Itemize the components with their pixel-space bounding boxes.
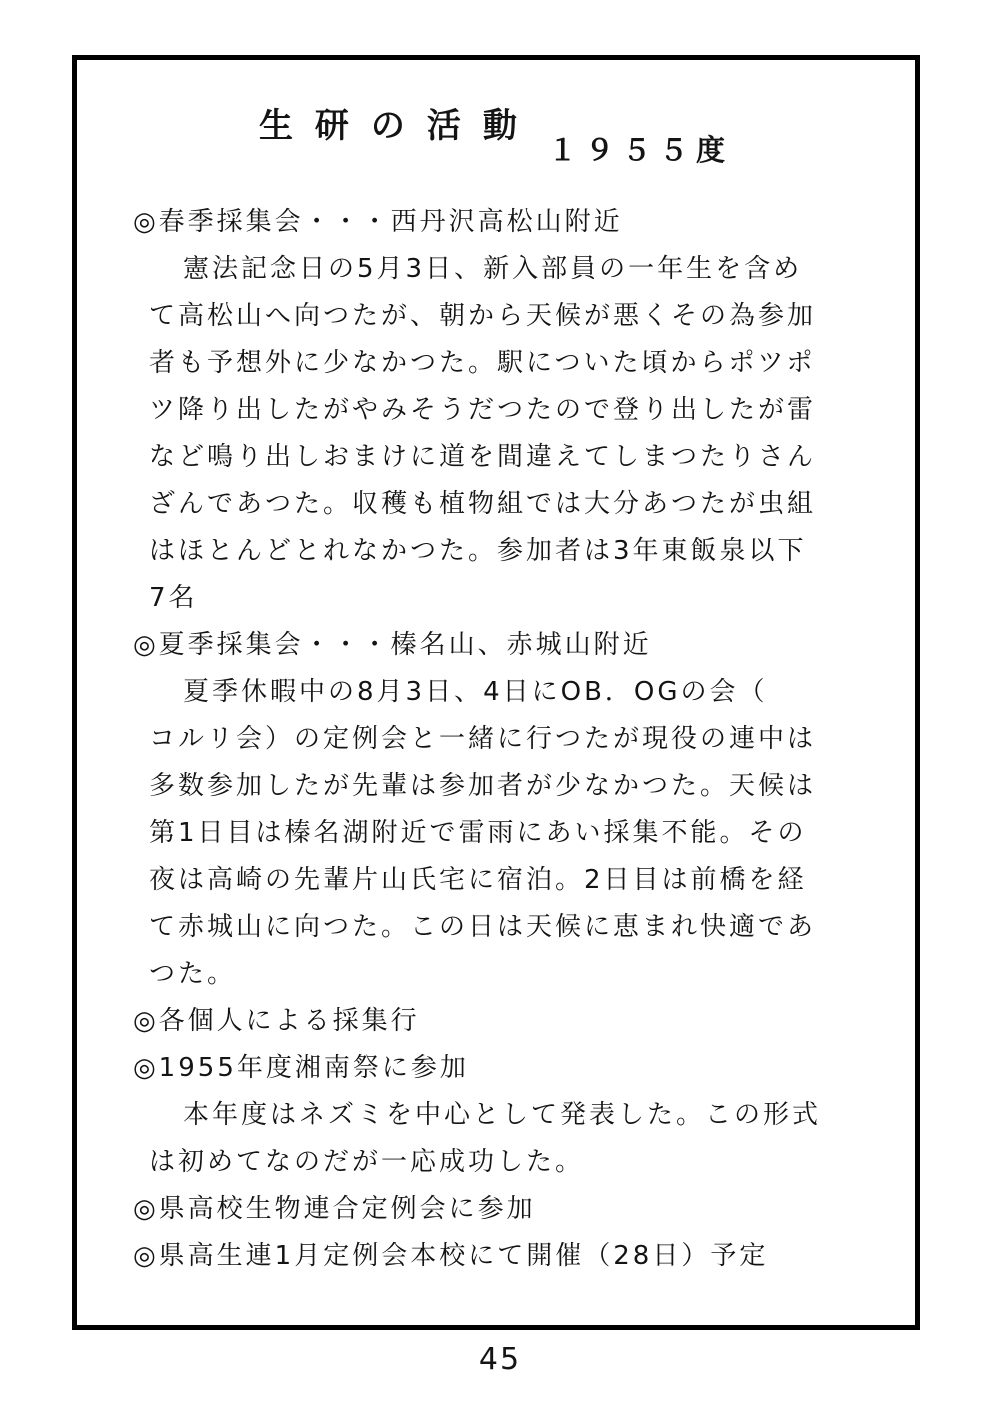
text-line: ◎各個人による採集行 — [133, 998, 891, 1045]
text-line: 第1日目は榛名湖附近で雷雨にあい採集不能。その — [149, 810, 891, 857]
text-line: ◎県高校生物連合定例会に参加 — [133, 1186, 891, 1233]
text-line: て高松山へ向つたが、朝から天候が悪くその為参加 — [149, 293, 891, 340]
text-line: コルリ会）の定例会と一緒に行つたが現役の連中は — [149, 716, 891, 763]
text-line: ◎1955年度湘南祭に参加 — [133, 1045, 891, 1092]
text-line: 本年度はネズミを中心として発表した。この形式 — [183, 1092, 891, 1139]
page-number: 45 — [0, 1342, 1000, 1377]
text-line: 7名 — [149, 575, 891, 622]
text-line: は初めてなのだが一応成功した。 — [149, 1139, 891, 1186]
text-line: ツ降り出したがやみそうだつたので登り出したが雷 — [149, 387, 891, 434]
title-row: 生研の活動 １９５５度 — [77, 98, 915, 147]
text-line: ざんであつた。収穫も植物組では大分あつたが虫組 — [149, 481, 891, 528]
text-line: はほとんどとれなかつた。参加者は3年東飯泉以下 — [149, 528, 891, 575]
text-line: ◎夏季採集会・・・榛名山、赤城山附近 — [133, 622, 891, 669]
text-line: 多数参加したが先輩は参加者が少なかつた。天候は — [149, 763, 891, 810]
document-body: ◎春季採集会・・・西丹沢高松山附近憲法記念日の5月3日、新入部員の一年生を含めて… — [77, 199, 915, 1280]
text-line: 者も予想外に少なかつた。駅についた頃からポツポ — [149, 340, 891, 387]
scanned-document-page: 生研の活動 １９５５度 ◎春季採集会・・・西丹沢高松山附近憲法記念日の5月3日、… — [0, 0, 1000, 1421]
text-line: 夜は高崎の先輩片山氏宅に宿泊。2日目は前橋を経 — [149, 857, 891, 904]
text-line: など鳴り出しおまけに道を間違えてしまつたりさん — [149, 434, 891, 481]
page-title: 生研の活動 — [259, 98, 539, 147]
text-line: て赤城山に向つた。この日は天候に恵まれ快適であ — [149, 904, 891, 951]
text-line: ◎春季採集会・・・西丹沢高松山附近 — [133, 199, 891, 246]
text-line: ◎県高生連1月定例会本校にて開催（28日）予定 — [133, 1233, 891, 1280]
page-border-frame: 生研の活動 １９５５度 ◎春季採集会・・・西丹沢高松山附近憲法記念日の5月3日、… — [72, 55, 920, 1330]
text-line: つた。 — [149, 951, 891, 998]
title-year-label: １９５５度 — [548, 128, 733, 169]
text-line: 夏季休暇中の8月3日、4日にOB．OGの会（ — [183, 669, 891, 716]
text-line: 憲法記念日の5月3日、新入部員の一年生を含め — [183, 246, 891, 293]
